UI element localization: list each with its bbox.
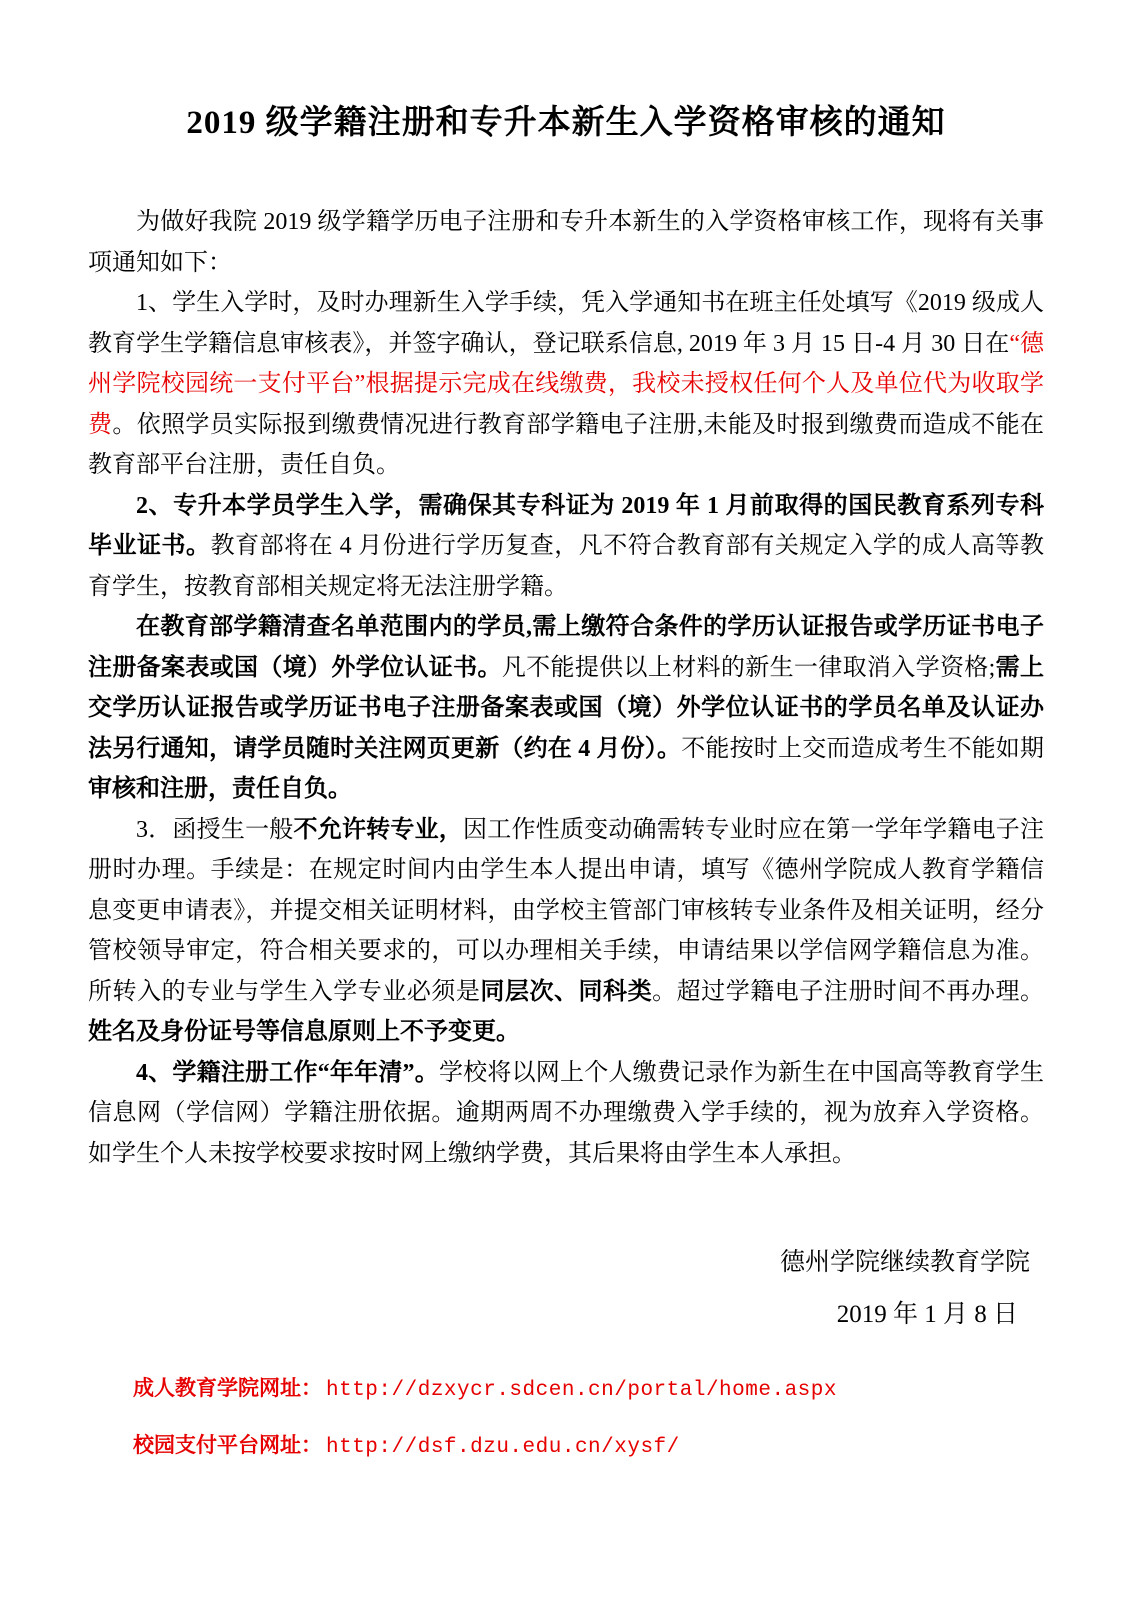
signature-org: 德州学院继续教育学院 xyxy=(88,1246,1044,1280)
text-run: 。依照学员实际报到缴费情况进行教育部学籍电子注册,未能及时报到缴费而造成不能在教… xyxy=(88,412,1044,479)
document-body: 为做好我院 2019 级学籍学历电子注册和专升本新生的入学资格审核工作，现将有关… xyxy=(88,202,1044,1174)
notice-item-3: 3．函授生一般不允许转专业，因工作性质变动确需转专业时应在第一学年学籍电子注册时… xyxy=(88,810,1044,1053)
notice-item-1: 1、学生入学时，及时办理新生入学手续，凭入学通知书在班主任处填写《2019 级成… xyxy=(88,283,1044,486)
text-run: 凡不能提供以上材料的新生一律取消入学资格; xyxy=(502,655,996,681)
adult-education-link-url[interactable]: http://dzxycr.sdcen.cn/portal/home.aspx xyxy=(326,1379,837,1402)
text-run: 姓名及身份证号等信息原则上不予变更。 xyxy=(88,1019,520,1045)
text-run: 不允许转专业， xyxy=(294,817,464,843)
adult-education-link-label: 成人教育学院网址： xyxy=(133,1377,322,1400)
text-run: 3．函授生一般 xyxy=(136,817,294,843)
text-run: 因工作性质变动确需转专业时应在第一学年学籍电子注册时办理。手续是：在规定时间内由… xyxy=(88,817,1044,1005)
payment-platform-link-url[interactable]: http://dsf.dzu.edu.cn/xysf/ xyxy=(326,1436,680,1459)
notice-item-4: 4、学籍注册工作“年年清”。学校将以网上个人缴费记录作为新生在中国高等教育学生信… xyxy=(88,1053,1044,1175)
payment-platform-link-label: 校园支付平台网址： xyxy=(133,1434,322,1457)
text-run: 同层次、同科类 xyxy=(480,979,652,1005)
text-run: 为做好我院 2019 级学籍学历电子注册和专升本新生的入学资格审核工作，现将有关… xyxy=(88,209,1044,276)
notice-document: 2019 级学籍注册和专升本新生入学资格审核的通知 为做好我院 2019 级学籍… xyxy=(0,0,1131,1600)
footer-links: 成人教育学院网址： http://dzxycr.sdcen.cn/portal/… xyxy=(133,1372,1044,1459)
text-run: 审核和注册，责任自负。 xyxy=(88,776,352,802)
text-run: 教育部将在 4 月份进行学历复查，凡不符合教育部有关规定入学的成人高等教育学生，… xyxy=(88,533,1044,600)
document-title: 2019 级学籍注册和专升本新生入学资格审核的通知 xyxy=(88,100,1044,146)
text-run: 不能按时上交而造成考生不能如期 xyxy=(681,736,1044,762)
text-run: 。超过学籍电子注册时间不再办理。 xyxy=(652,979,1044,1005)
intro-paragraph: 为做好我院 2019 级学籍学历电子注册和专升本新生的入学资格审核工作，现将有关… xyxy=(88,202,1044,283)
notice-item-2: 2、专升本学员学生入学，需确保其专科证为 2019 年 1 月前取得的国民教育系… xyxy=(88,486,1044,608)
signature-block: 德州学院继续教育学院 2019 年 1 月 8 日 xyxy=(88,1246,1044,1332)
footer-link-payment-platform: 校园支付平台网址： http://dsf.dzu.edu.cn/xysf/ xyxy=(133,1429,1044,1459)
notice-item-clearance: 在教育部学籍清查名单范围内的学员,需上缴符合条件的学历认证报告或学历证书电子注册… xyxy=(88,607,1044,810)
footer-link-adult-education: 成人教育学院网址： http://dzxycr.sdcen.cn/portal/… xyxy=(133,1372,1044,1402)
text-run: 4、学籍注册工作“年年清”。 xyxy=(136,1060,439,1086)
text-run: 1、学生入学时，及时办理新生入学手续，凭入学通知书在班主任处填写《2019 级成… xyxy=(88,290,1044,357)
signature-date: 2019 年 1 月 8 日 xyxy=(88,1298,1044,1332)
